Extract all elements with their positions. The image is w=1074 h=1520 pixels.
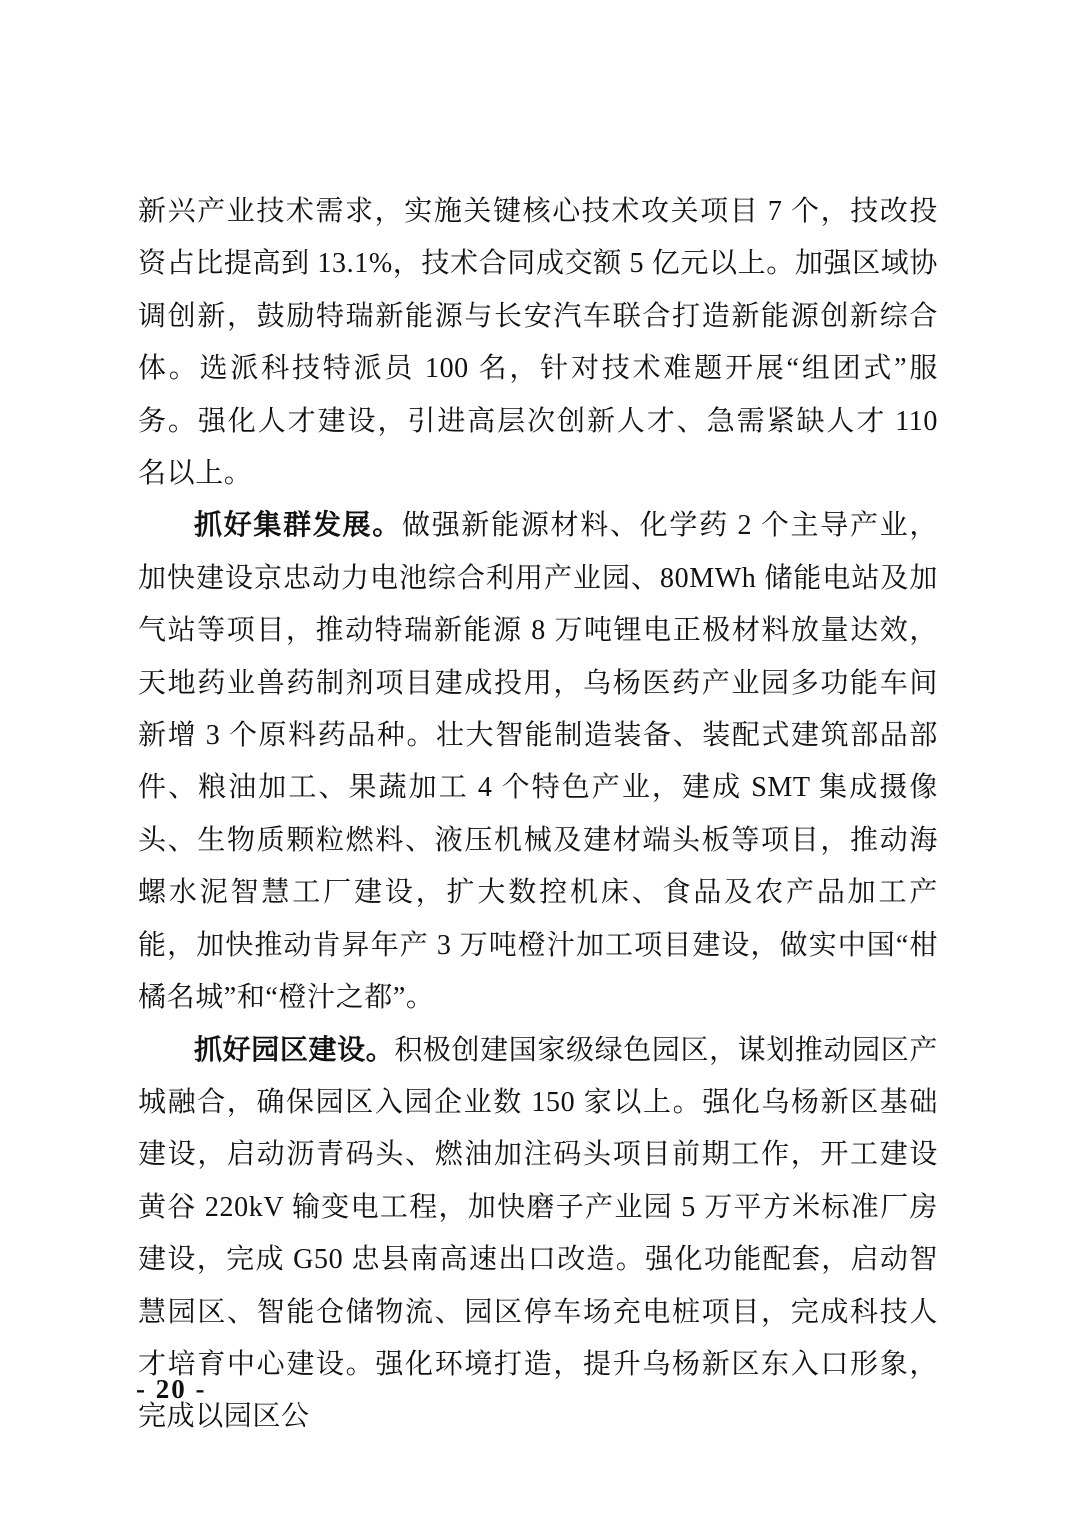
paragraph-lead: 抓好集群发展。 [194,510,402,541]
paragraph-text: 做强新能源材料、化学药 2 个主导产业，加快建设京忠动力电池综合利用产业园、80… [138,510,938,1013]
paragraph: 抓好园区建设。积极创建国家级绿色园区，谋划推动园区产城融合，确保园区入园企业数 … [138,1025,938,1444]
page-number: - 20 - [136,1374,206,1405]
paragraph: 抓好集群发展。做强新能源材料、化学药 2 个主导产业，加快建设京忠动力电池综合利… [138,500,938,1024]
paragraph-lead: 抓好园区建设。 [194,1035,394,1066]
paragraph-text: 新兴产业技术需求，实施关键核心技术攻关项目 7 个，技改投资占比提高到 13.1… [138,196,938,489]
text-block: 新兴产业技术需求，实施关键核心技术攻关项目 7 个，技改投资占比提高到 13.1… [138,186,938,1444]
document-page: 新兴产业技术需求，实施关键核心技术攻关项目 7 个，技改投资占比提高到 13.1… [0,0,1074,1520]
paragraph: 新兴产业技术需求，实施关键核心技术攻关项目 7 个，技改投资占比提高到 13.1… [138,186,938,500]
paragraph-text: 积极创建国家级绿色园区，谋划推动园区产城融合，确保园区入园企业数 150 家以上… [138,1035,938,1433]
